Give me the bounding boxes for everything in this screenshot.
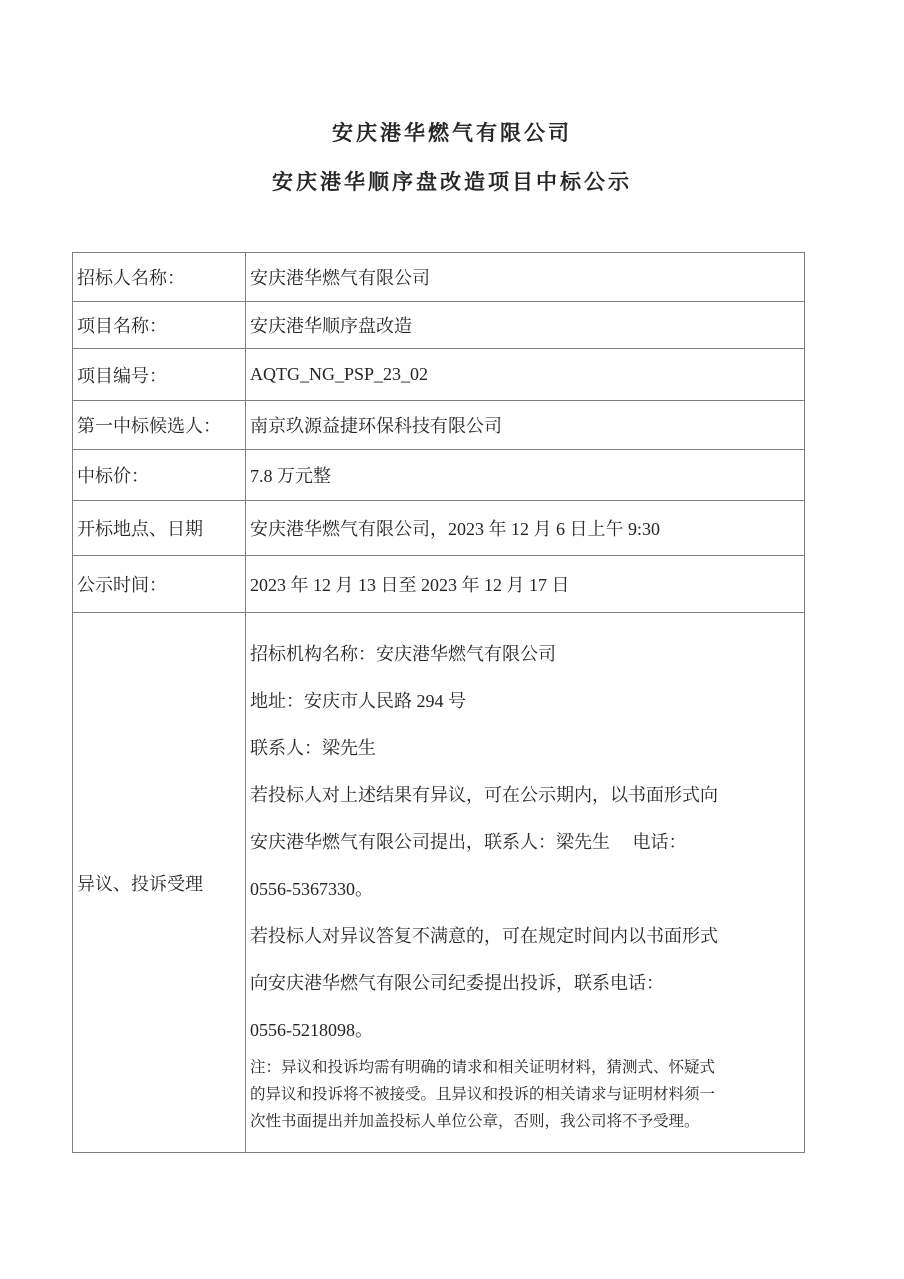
objection-line: 0556-5367330。 — [250, 866, 801, 913]
document-title-company: 安庆港华燃气有限公司 — [0, 117, 904, 147]
table-row-bidder-name: 招标人名称： 安庆港华燃气有限公司 — [73, 253, 805, 302]
row-value: 7.8 万元整 — [246, 450, 805, 501]
document-page: 安庆港华燃气有限公司 安庆港华顺序盘改造项目中标公示 招标人名称： 安庆港华燃气… — [0, 0, 904, 1279]
objection-note-line: 次性书面提出并加盖投标人单位公章，否则，我公司将不予受理。 — [250, 1108, 801, 1135]
objection-line: 0556-5218098。 — [250, 1007, 801, 1054]
objection-line: 联系人：梁先生 — [250, 725, 801, 772]
objection-line: 地址：安庆市人民路 294 号 — [250, 678, 801, 725]
table-row-project-number: 项目编号： AQTG_NG_PSP_23_02 — [73, 349, 805, 401]
table-row-publicity-period: 公示时间： 2023 年 12 月 13 日至 2023 年 12 月 17 日 — [73, 556, 805, 613]
objection-line: 安庆港华燃气有限公司提出，联系人：梁先生 电话： — [250, 819, 801, 866]
row-label: 招标人名称： — [73, 253, 246, 302]
document-title-announcement: 安庆港华顺序盘改造项目中标公示 — [0, 166, 904, 196]
objection-line: 招标机构名称：安庆港华燃气有限公司 — [250, 631, 801, 678]
table-row-first-candidate: 第一中标候选人： 南京玖源益捷环保科技有限公司 — [73, 401, 805, 450]
row-label: 异议、投诉受理 — [73, 613, 246, 1153]
table-row-opening-place-date: 开标地点、日期 安庆港华燃气有限公司，2023 年 12 月 6 日上午 9:3… — [73, 501, 805, 556]
row-label: 项目名称： — [73, 302, 246, 349]
objection-line: 若投标人对上述结果有异议，可在公示期内，以书面形式向 — [250, 772, 801, 819]
row-label: 开标地点、日期 — [73, 501, 246, 556]
row-label: 公示时间： — [73, 556, 246, 613]
table-row-objection-complaint: 异议、投诉受理 招标机构名称：安庆港华燃气有限公司 地址：安庆市人民路 294 … — [73, 613, 805, 1153]
table-row-project-name: 项目名称： 安庆港华顺序盘改造 — [73, 302, 805, 349]
row-label: 中标价： — [73, 450, 246, 501]
row-value: 安庆港华燃气有限公司 — [246, 253, 805, 302]
row-label: 项目编号： — [73, 349, 246, 401]
row-value: 2023 年 12 月 13 日至 2023 年 12 月 17 日 — [246, 556, 805, 613]
objection-content-cell: 招标机构名称：安庆港华燃气有限公司 地址：安庆市人民路 294 号 联系人：梁先… — [246, 613, 805, 1153]
objection-line: 向安庆港华燃气有限公司纪委提出投诉，联系电话： — [250, 960, 801, 1007]
row-value: 安庆港华顺序盘改造 — [246, 302, 805, 349]
objection-note-line: 注：异议和投诉均需有明确的请求和相关证明材料，猜测式、怀疑式 — [250, 1054, 801, 1081]
row-value: 南京玖源益捷环保科技有限公司 — [246, 401, 805, 450]
row-value: 安庆港华燃气有限公司，2023 年 12 月 6 日上午 9:30 — [246, 501, 805, 556]
row-value: AQTG_NG_PSP_23_02 — [246, 349, 805, 401]
bid-award-table: 招标人名称： 安庆港华燃气有限公司 项目名称： 安庆港华顺序盘改造 项目编号： … — [72, 252, 805, 1153]
row-label: 第一中标候选人： — [73, 401, 246, 450]
table-row-award-price: 中标价： 7.8 万元整 — [73, 450, 805, 501]
objection-note-line: 的异议和投诉将不被接受。且异议和投诉的相关请求与证明材料须一 — [250, 1081, 801, 1108]
objection-line: 若投标人对异议答复不满意的，可在规定时间内以书面形式 — [250, 913, 801, 960]
